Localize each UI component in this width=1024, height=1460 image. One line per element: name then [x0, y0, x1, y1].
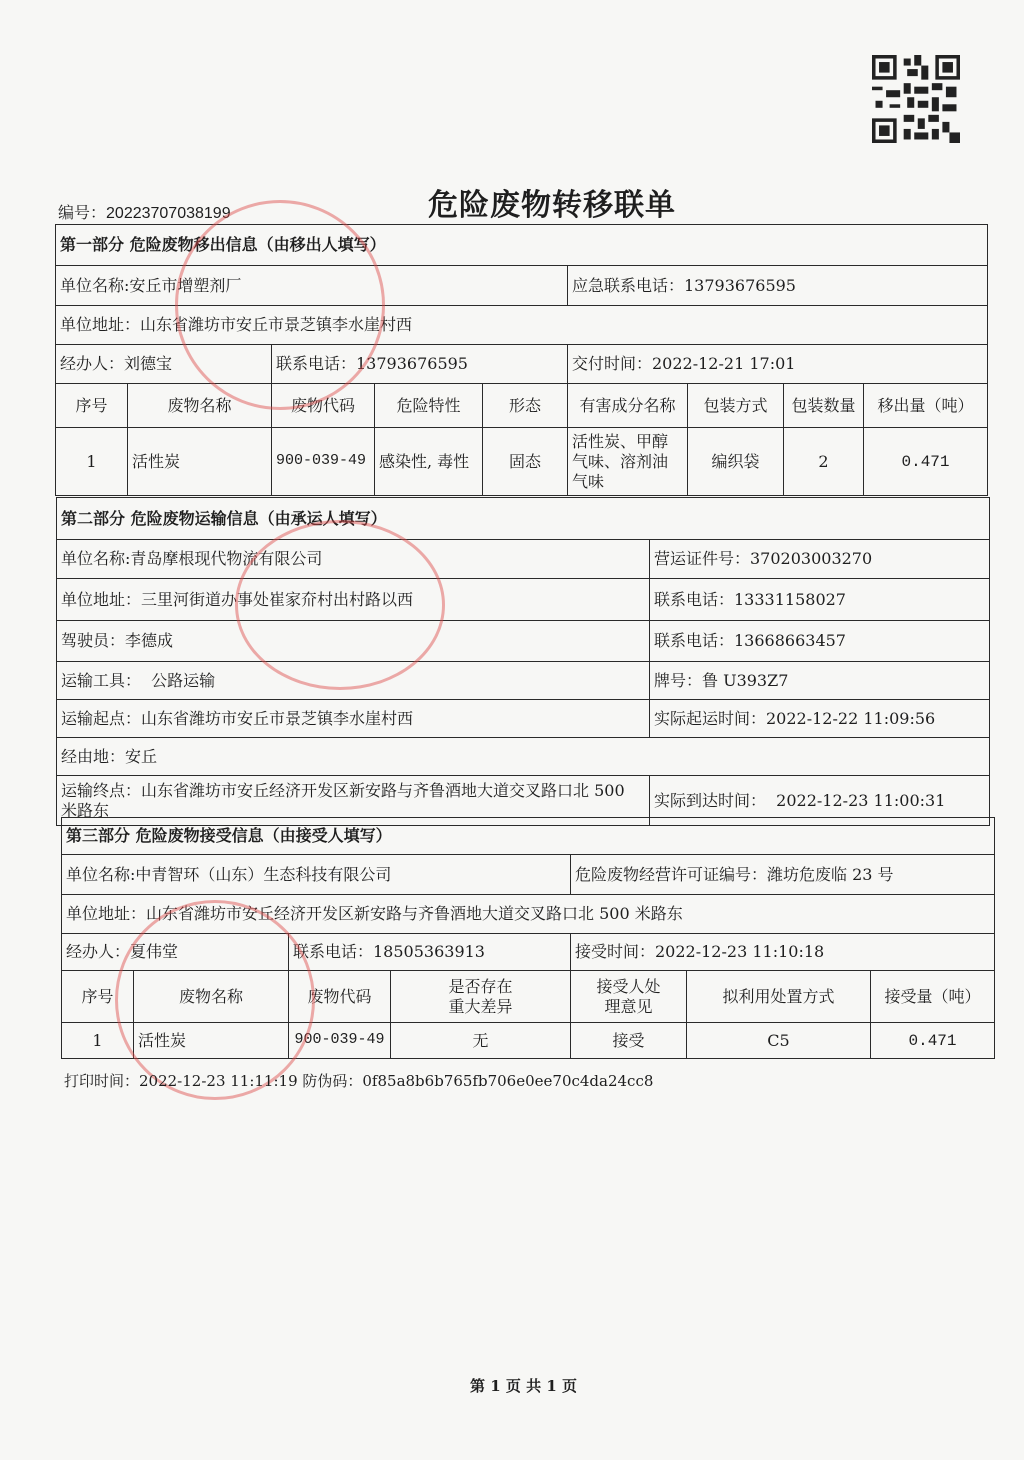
col-header: 废物名称: [128, 384, 272, 428]
table-row: 1 活性炭 900-039-49 无 接受 C5 0.471: [62, 1023, 995, 1059]
part3-table: 第三部分 危险废物接受信息（由接受人填写） 单位名称:中青智环（山东）生态科技有…: [61, 817, 995, 1059]
print-info: 打印时间：2022-12-23 11:11:19 防伪码：0f85a8b6b76…: [64, 1070, 653, 1091]
col-header: 序号: [62, 971, 134, 1023]
part3-contact-phone: 联系电话：18505363913: [289, 934, 571, 971]
col-header: 废物名称: [134, 971, 289, 1023]
cell-no: 1: [56, 428, 128, 496]
part1-handover-time: 交付时间：2022-12-21 17:01: [568, 345, 988, 384]
col-header: 包装数量: [784, 384, 864, 428]
cell-package-count: 2: [784, 428, 864, 496]
col-header: 拟利用处置方式: [687, 971, 871, 1023]
part2-origin: 运输起点：山东省潍坊市安丘市景芝镇李水崖村西: [57, 700, 650, 738]
part3-unit-address: 单位地址：山东省潍坊市安丘经济开发区新安路与齐鲁酒地大道交叉路口北 500 米路…: [62, 895, 995, 934]
col-header: 是否存在重大差异: [391, 971, 571, 1023]
part1-handler: 经办人：刘德宝: [56, 345, 272, 384]
document-title: 危险废物转移联单: [428, 180, 676, 224]
col-header: 接受量（吨）: [871, 971, 995, 1023]
part2-via: 经由地：安丘: [57, 738, 990, 776]
page-number: 第 1 页 共 1 页: [470, 1375, 577, 1396]
col-header: 废物代码: [289, 971, 391, 1023]
col-header: 接受人处理意见: [571, 971, 687, 1023]
cell-opinion: 接受: [571, 1023, 687, 1059]
cell-code: 900-039-49: [272, 428, 375, 496]
serial-value: 20223707038199: [106, 205, 231, 222]
part3-column-headers: 序号 废物名称 废物代码 是否存在重大差异 接受人处理意见 拟利用处置方式 接受…: [62, 971, 995, 1023]
cell-name: 活性炭: [134, 1023, 289, 1059]
serial-label: 编号：: [58, 205, 106, 222]
part2-unit-name: 单位名称:青岛摩根现代物流有限公司: [57, 540, 650, 579]
part3-receive-time: 接受时间：2022-12-23 11:10:18: [571, 934, 995, 971]
table-row: 1 活性炭 900-039-49 感染性, 毒性 固态 活性炭、甲醇气味、溶剂油…: [56, 428, 988, 496]
col-header: 序号: [56, 384, 128, 428]
part2-driver-phone: 联系电话：13668663457: [650, 621, 990, 662]
part1-unit-address: 单位地址：山东省潍坊市安丘市景芝镇李水崖村西: [56, 306, 988, 345]
part1-column-headers: 序号 废物名称 废物代码 危险特性 形态 有害成分名称 包装方式 包装数量 移出…: [56, 384, 988, 428]
part3-permit-no: 危险废物经营许可证编号：潍坊危废临 23 号: [571, 855, 995, 895]
cell-form: 固态: [483, 428, 568, 496]
part1-table: 第一部分 危险废物移出信息（由移出人填写） 单位名称:安丘市增塑剂厂 应急联系电…: [55, 224, 988, 496]
part2-heading: 第二部分 危险废物运输信息（由承运人填写）: [57, 498, 990, 540]
cell-amount: 0.471: [871, 1023, 995, 1059]
col-header: 废物代码: [272, 384, 375, 428]
part3-unit-name: 单位名称:中青智环（山东）生态科技有限公司: [62, 855, 571, 895]
part1-contact-phone: 联系电话：13793676595: [272, 345, 568, 384]
col-header: 包装方式: [688, 384, 784, 428]
part2-driver: 驾驶员：李德成: [57, 621, 650, 662]
serial-number: 编号：20223707038199: [58, 200, 231, 223]
part3-handler: 经办人：夏伟堂: [62, 934, 289, 971]
part2-departure-time: 实际起运时间：2022-12-22 11:09:56: [650, 700, 990, 738]
cell-name: 活性炭: [128, 428, 272, 496]
col-header: 危险特性: [375, 384, 483, 428]
cell-hazard: 感染性, 毒性: [375, 428, 483, 496]
part2-unit-address: 单位地址：三里河街道办事处崔家夼村出村路以西: [57, 579, 650, 621]
cell-discrepancy: 无: [391, 1023, 571, 1059]
cell-no: 1: [62, 1023, 134, 1059]
qr-code-icon: [872, 55, 960, 143]
cell-amount: 0.471: [864, 428, 988, 496]
cell-components: 活性炭、甲醇气味、溶剂油气味: [568, 428, 688, 496]
col-header: 有害成分名称: [568, 384, 688, 428]
part2-table: 第二部分 危险废物运输信息（由承运人填写） 单位名称:青岛摩根现代物流有限公司 …: [56, 497, 990, 826]
part1-heading: 第一部分 危险废物移出信息（由移出人填写）: [56, 225, 988, 266]
part3-heading: 第三部分 危险废物接受信息（由接受人填写）: [62, 818, 995, 855]
col-header: 形态: [483, 384, 568, 428]
part2-license-no: 营运证件号：370203003270: [650, 540, 990, 579]
part2-unit-phone: 联系电话：13331158027: [650, 579, 990, 621]
part2-plate-no: 牌号：鲁 U393Z7: [650, 662, 990, 700]
cell-disposal: C5: [687, 1023, 871, 1059]
cell-packaging: 编织袋: [688, 428, 784, 496]
part1-unit-name: 单位名称:安丘市增塑剂厂: [56, 266, 568, 306]
col-header: 移出量（吨）: [864, 384, 988, 428]
cell-code: 900-039-49: [289, 1023, 391, 1059]
part2-vehicle-type: 运输工具： 公路运输: [57, 662, 650, 700]
part1-emergency-phone: 应急联系电话：13793676595: [568, 266, 988, 306]
